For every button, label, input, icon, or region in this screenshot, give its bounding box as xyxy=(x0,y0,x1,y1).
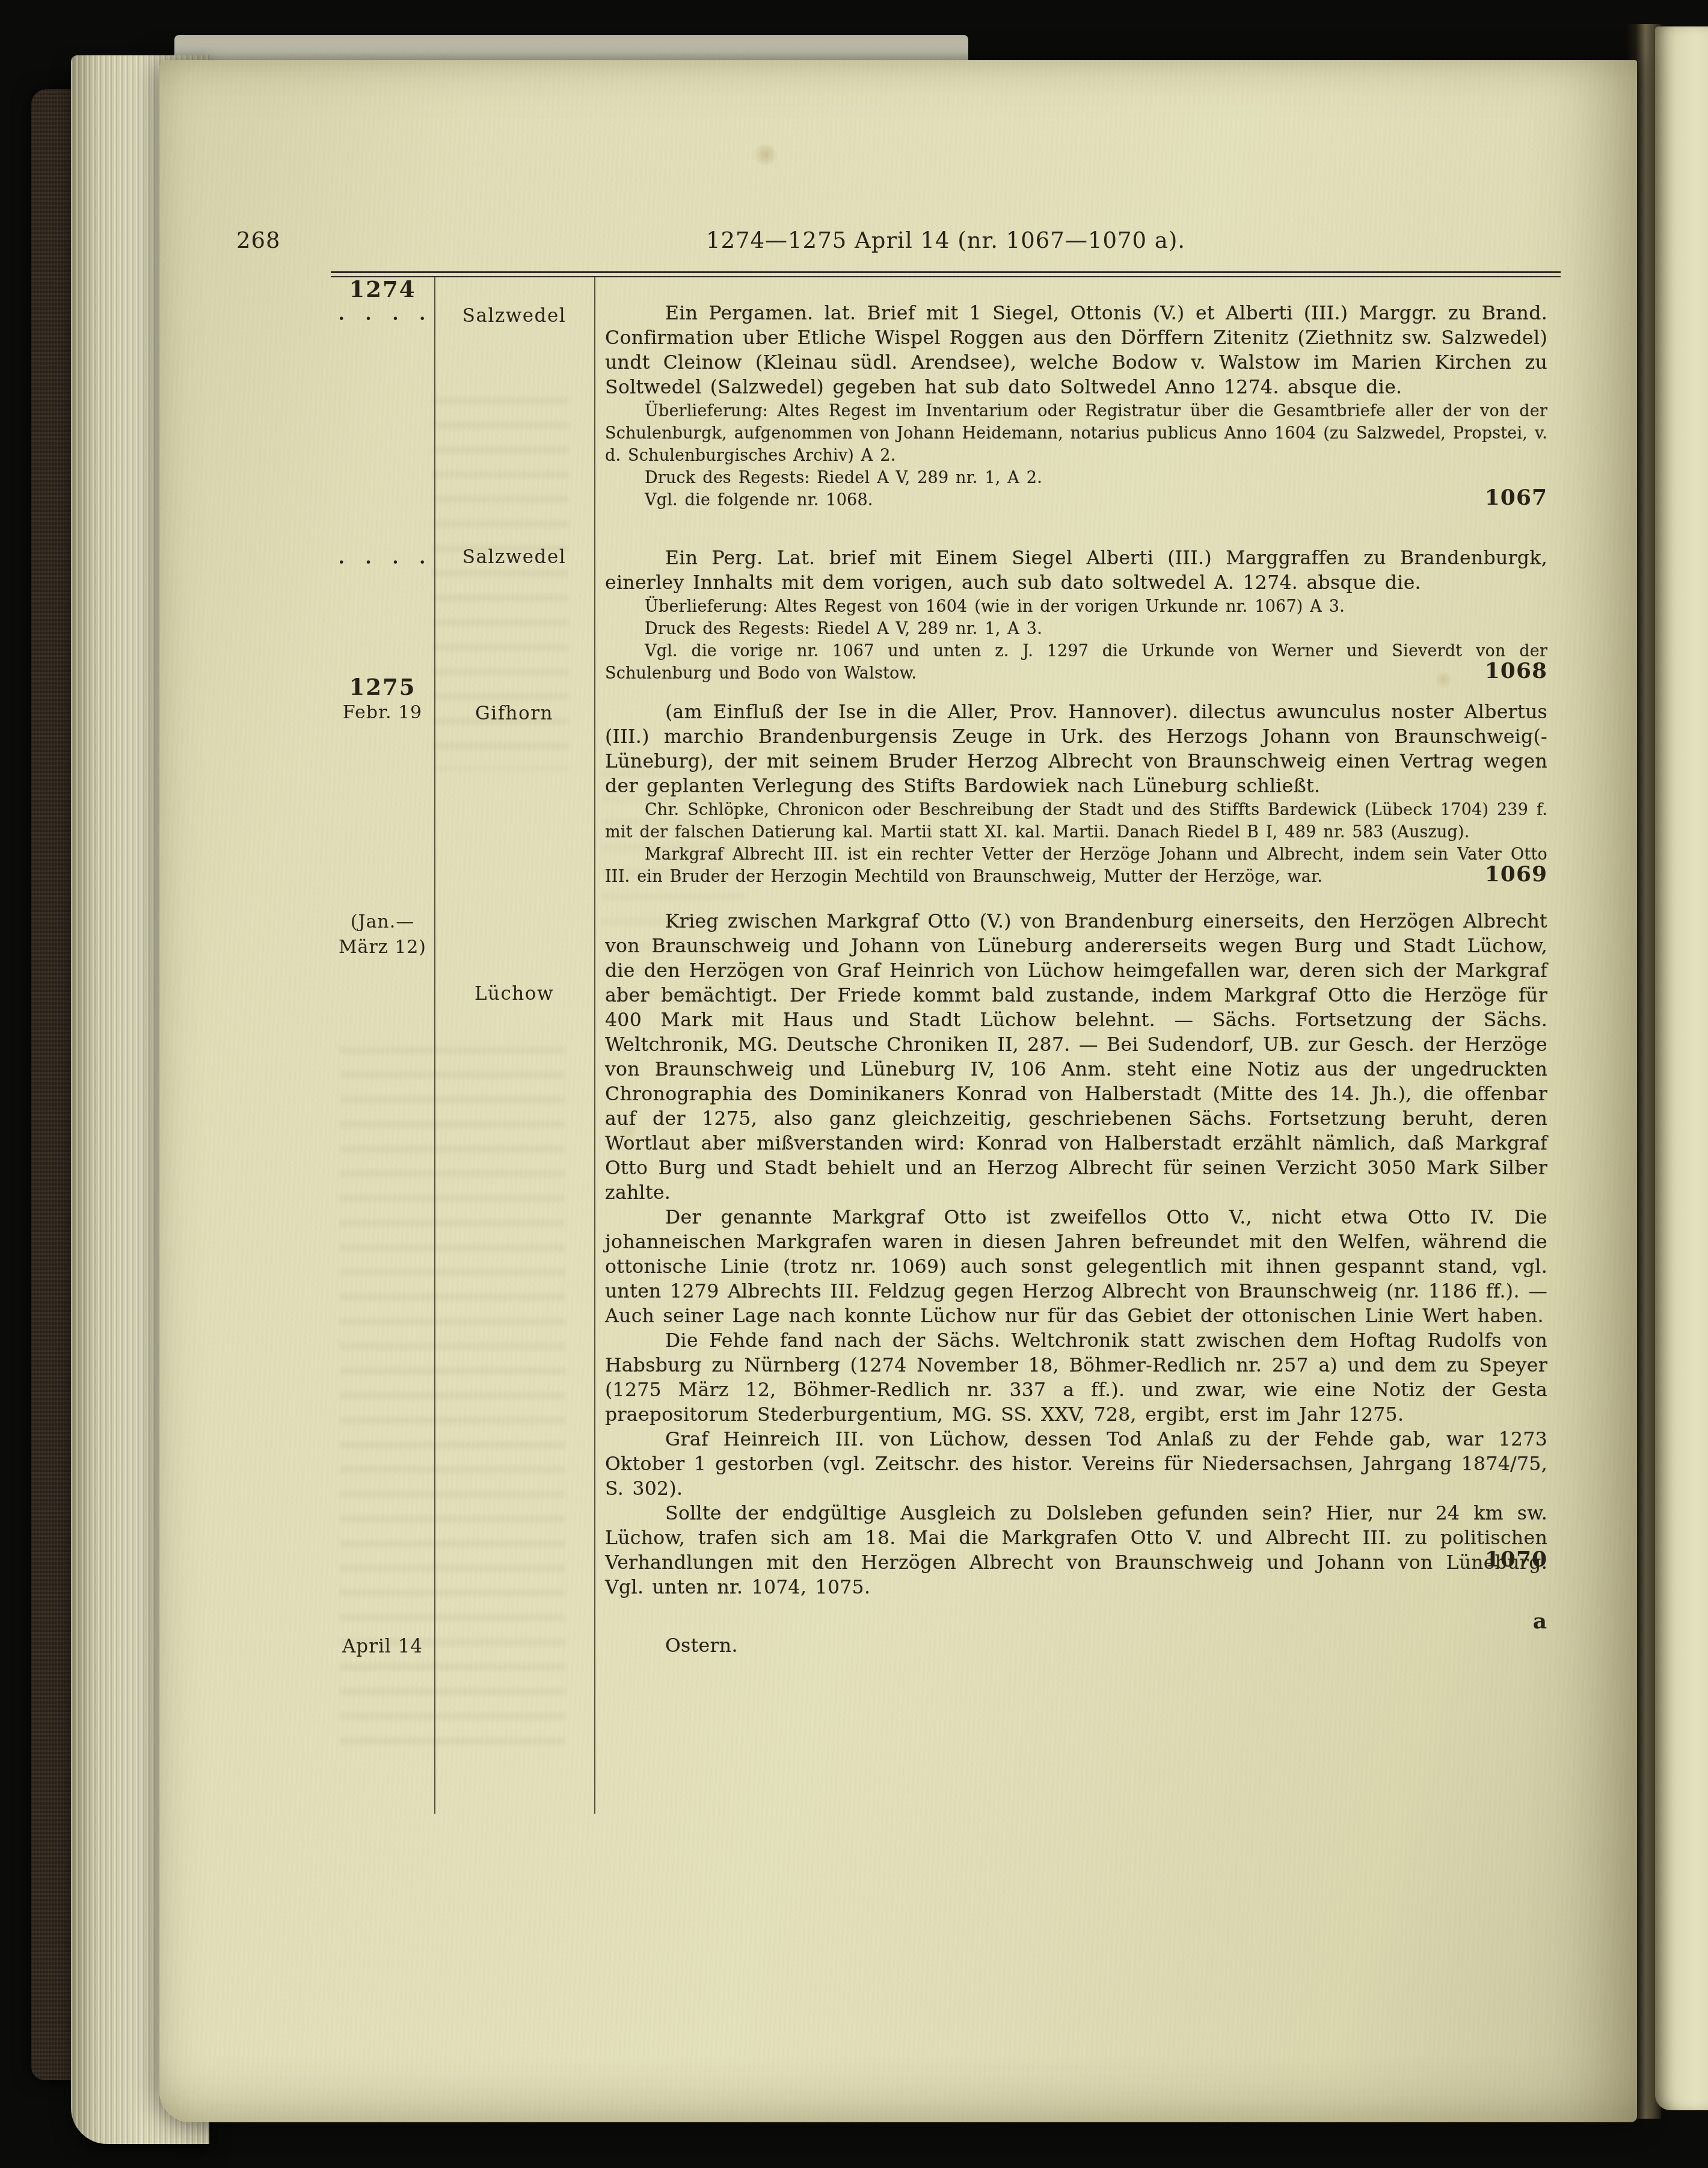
margin-date: März 12) xyxy=(331,935,434,960)
margin-year: 1274 xyxy=(331,276,434,303)
next-page-edge xyxy=(1655,26,1708,2110)
regest-entry-1069: 1275 Febr. 19 Gifhorn (am Einfluß der Is… xyxy=(331,700,1561,888)
entry-note: Vgl. die folgende nr. 1068. xyxy=(605,489,1547,511)
margin-place: Gifhorn xyxy=(434,703,594,724)
entry-note: Überlieferung: Altes Regest von 1604 (wi… xyxy=(605,596,1547,618)
margin-place-cell: Salzwedel xyxy=(434,546,594,685)
entry-number: 1069 xyxy=(1485,861,1547,887)
entry-note: Druck des Regests: Riedel A V, 289 nr. 1… xyxy=(605,618,1547,640)
header-double-rule xyxy=(331,271,1561,277)
entry-paragraph: Sollte der endgültige Ausgleich zu Dolsl… xyxy=(605,1501,1547,1600)
margin-place-cell: Lüchow xyxy=(434,910,594,1600)
margin-place-cell: Salzwedel xyxy=(434,301,594,511)
margin-date-cell: (Jan.— März 12) xyxy=(331,910,434,1600)
entry-text-cell: Ostern. a xyxy=(594,1634,1561,1659)
margin-date-stack: 1275 Febr. 19 xyxy=(331,674,434,725)
foxing-spot xyxy=(752,144,779,165)
running-header: 1274—1275 April 14 (nr. 1067—1070 a). xyxy=(331,227,1561,253)
entry-note: Markgraf Albrecht III. ist ein rechter V… xyxy=(605,843,1547,888)
entry-number: 1067 xyxy=(1485,485,1547,510)
entry-paragraph: Ein Pergamen. lat. Brief mit 1 Siegel, O… xyxy=(605,301,1547,400)
entry-paragraph: Graf Heinreich III. von Lüchow, dessen T… xyxy=(605,1427,1547,1501)
regest-entry-1070a: April 14 Ostern. a xyxy=(331,1634,1561,1659)
book-page: 268 1274—1275 April 14 (nr. 1067—1070 a)… xyxy=(159,60,1637,2122)
entry-paragraph: Die Fehde fand nach der Sächs. Weltchron… xyxy=(605,1329,1547,1427)
margin-place-cell xyxy=(434,1634,594,1659)
entry-text-cell: (am Einfluß der Ise in die Aller, Prov. … xyxy=(594,700,1561,888)
margin-date: (Jan.— xyxy=(331,910,434,935)
margin-date-stack: 1274 . . . . xyxy=(331,276,434,327)
margin-date-cell: 1274 . . . . xyxy=(331,301,434,511)
margin-date: . . . . xyxy=(331,303,434,327)
entry-number: a xyxy=(1533,1609,1547,1634)
margin-date: . . . . xyxy=(331,546,434,570)
entry-paragraph: Ostern. xyxy=(605,1634,1547,1658)
margin-date: April 14 xyxy=(331,1634,434,1659)
entry-note: Vgl. die vorige nr. 1067 und unten z. J.… xyxy=(605,640,1547,685)
margin-date-cell: April 14 xyxy=(331,1634,434,1659)
margin-date-cell: . . . . xyxy=(331,546,434,685)
entry-note: Chr. Schlöpke, Chronicon oder Beschreibu… xyxy=(605,799,1547,843)
entry-paragraph: Krieg zwischen Markgraf Otto (V.) von Br… xyxy=(605,910,1547,1206)
entry-text-cell: Krieg zwischen Markgraf Otto (V.) von Br… xyxy=(594,910,1561,1600)
margin-place: Salzwedel xyxy=(434,305,594,327)
margin-place: Salzwedel xyxy=(434,546,594,568)
entry-text-cell: Ein Pergamen. lat. Brief mit 1 Siegel, O… xyxy=(594,301,1561,511)
margin-date: Febr. 19 xyxy=(331,700,434,725)
entry-number: 1070 xyxy=(1485,1547,1547,1572)
margin-date-cell: 1275 Febr. 19 xyxy=(331,700,434,888)
regest-entry-1067: 1274 . . . . Salzwedel Ein Pergamen. lat… xyxy=(331,301,1561,511)
entry-paragraph: Ein Perg. Lat. brief mit Einem Siegel Al… xyxy=(605,546,1547,596)
regest-entry-1068: . . . . Salzwedel Ein Perg. Lat. brief m… xyxy=(331,546,1561,685)
entry-text-cell: Ein Perg. Lat. brief mit Einem Siegel Al… xyxy=(594,546,1561,685)
entry-note: Druck des Regests: Riedel A V, 289 nr. 1… xyxy=(605,467,1547,489)
entry-paragraph: (am Einfluß der Ise in die Aller, Prov. … xyxy=(605,700,1547,799)
entry-note: Überlieferung: Altes Regest im Inventari… xyxy=(605,400,1547,467)
page-number: 268 xyxy=(236,227,281,253)
regesta-table: 1274 . . . . Salzwedel Ein Pergamen. lat… xyxy=(331,277,1561,1814)
entry-paragraph: Der genannte Markgraf Otto ist zweifello… xyxy=(605,1206,1547,1329)
entry-number: 1068 xyxy=(1485,658,1547,683)
margin-place: Lüchow xyxy=(434,983,594,1005)
margin-year: 1275 xyxy=(331,674,434,700)
regest-entry-1070: (Jan.— März 12) Lüchow Krieg zwischen Ma… xyxy=(331,910,1561,1600)
margin-place-cell: Gifhorn xyxy=(434,700,594,888)
